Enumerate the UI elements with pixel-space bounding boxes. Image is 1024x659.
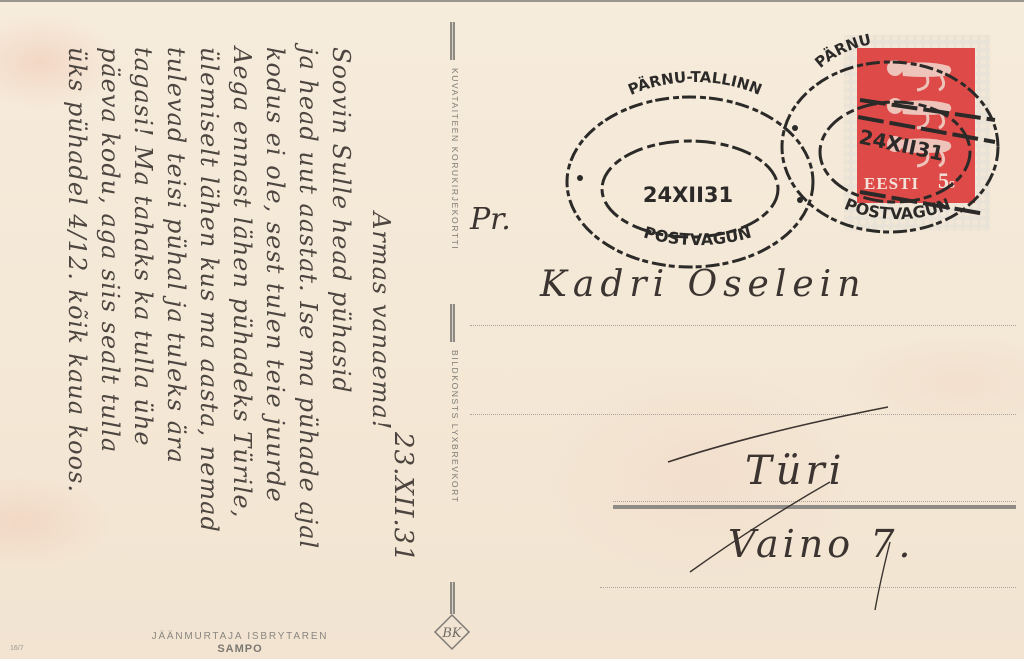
svg-text:POSTVAGUN: POSTVAGUN [642, 223, 754, 249]
caption-line-1: JÄÄNMURTAJA ISBRYTAREN [110, 631, 370, 642]
message-line: kodus ei ole, sest tulen teie juurde [261, 47, 289, 503]
message-line: üks pühadel 4/12. kõik kaua koos. [63, 47, 91, 493]
bk-logo-icon: BK [432, 612, 472, 652]
address-prefix: Pr. [470, 202, 511, 237]
address-name: Kadri Oselein [540, 264, 866, 305]
message-line: ja head uut aastat. Ise ma pühade ajal [294, 47, 322, 549]
caption-line-2: SAMPO [110, 643, 370, 655]
address-underline [613, 505, 1016, 509]
serial-number: 16/7 [10, 645, 24, 652]
message-line: Aega ennast lähen pühadeks Türile, [228, 47, 256, 518]
message-line: Soovin Sulle head pühasid [327, 47, 355, 394]
message-line: ülemiselt lähen kus ma aasta, nemad [195, 47, 223, 533]
svg-text:24XII31: 24XII31 [643, 183, 733, 207]
message-line: tulevad teisi pühal ja tuleks ära [162, 47, 190, 464]
divider-bar [450, 22, 455, 60]
message-date: 23.XII.31 [388, 432, 418, 563]
message-line: päeva kodu, aga siis sealt tulla [96, 47, 124, 453]
address-line-4 [600, 587, 1016, 588]
address-line-1 [470, 325, 1016, 326]
center-divider: KUVATAITEEN KORUKIRJEKORTTI BILDKONSTS L… [446, 22, 460, 647]
stamp-country: EESTI [864, 174, 919, 194]
divider-text-swedish: BILDKONSTS LYXBREVKORT [450, 350, 460, 610]
divider-bar [450, 304, 455, 342]
message-line: Armas vanaema! [367, 212, 395, 430]
address-street: Vaino 7. [728, 522, 914, 566]
divider-text-finnish: KUVATAITEEN KORUKIRJEKORTTI [450, 68, 460, 328]
address-town: Türi [745, 448, 845, 494]
message-line: tagasi! Ma tahaks ka tulla ühe [129, 47, 157, 447]
svg-text:BK: BK [441, 626, 463, 641]
divider-bar [450, 582, 455, 614]
svg-text:PÄRNU-TALLINN: PÄRNU-TALLINN [625, 68, 764, 99]
address-line-3 [613, 501, 1016, 502]
postmark-parnu-tallinn [567, 97, 813, 267]
address-line-2 [470, 414, 1016, 415]
postcard-back: KUVATAITEEN KORUKIRJEKORTTI BILDKONSTS L… [0, 0, 1024, 659]
three-lions-icon [857, 48, 975, 173]
stamp-value: 5s [938, 168, 955, 194]
